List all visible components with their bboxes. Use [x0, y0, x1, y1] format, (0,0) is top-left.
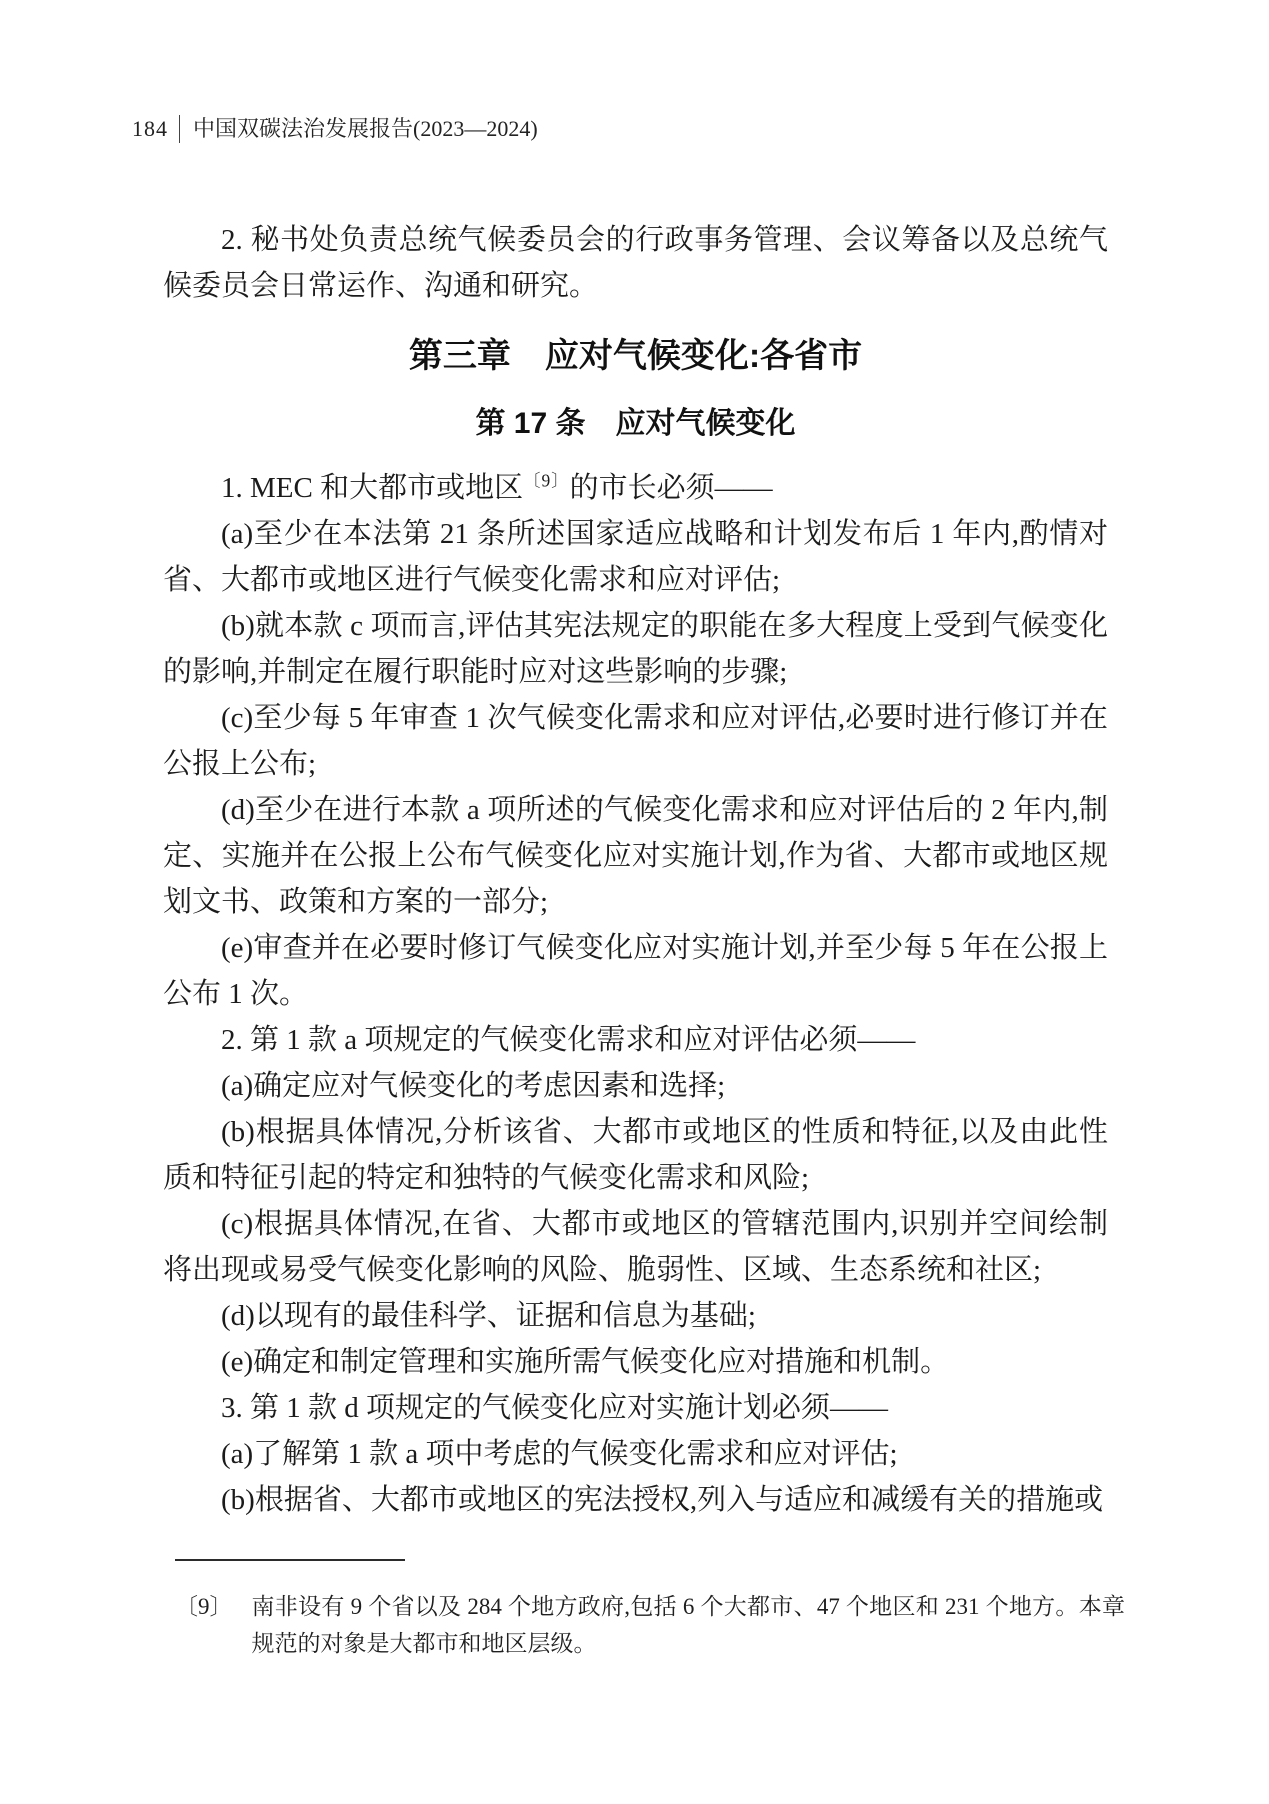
paragraph: (c)根据具体情况,在省、大都市或地区的管辖范围内,识别并空间绘制将出现或易受气… — [163, 1201, 1108, 1293]
chapter-heading: 第三章 应对气候变化:各省市 — [163, 333, 1108, 379]
paragraph: (d)以现有的最佳科学、证据和信息为基础; — [163, 1293, 1108, 1339]
paragraph: (a)确定应对气候变化的考虑因素和选择; — [163, 1063, 1108, 1109]
item1-text-post: 的市长必须—— — [570, 472, 773, 504]
header-divider — [179, 115, 180, 143]
paragraph-opening: 2. 秘书处负责总统气候委员会的行政事务管理、会议筹备以及总统气候委员会日常运作… — [163, 217, 1108, 309]
page-number: 184 — [132, 114, 168, 144]
paragraph: (c)至少每 5 年审查 1 次气候变化需求和应对评估,必要时进行修订并在公报上… — [163, 695, 1108, 787]
paragraph: 2. 第 1 款 a 项规定的气候变化需求和应对评估必须—— — [163, 1017, 1108, 1063]
paragraph: (e)确定和制定管理和实施所需气候变化应对措施和机制。 — [163, 1339, 1108, 1385]
paragraph: (b)根据省、大都市或地区的宪法授权,列入与适应和减缓有关的措施或 — [163, 1477, 1108, 1523]
footnote-marker: 〔9〕 — [175, 1588, 233, 1625]
footnote-ref-marker: 〔9〕 — [523, 470, 569, 490]
footnote-separator-rule — [175, 1559, 405, 1561]
paragraph: (b)就本款 c 项而言,评估其宪法规定的职能在多大程度上受到气候变化的影响,并… — [163, 603, 1108, 695]
footnote: 〔9〕 南非设有 9 个省以及 284 个地方政府,包括 6 个大都市、47 个… — [175, 1588, 1125, 1662]
item1-text-pre: 1. MEC 和大都市或地区 — [221, 472, 523, 504]
paragraph: 3. 第 1 款 d 项规定的气候变化应对实施计划必须—— — [163, 1385, 1108, 1431]
paragraph: (e)审查并在必要时修订气候变化应对实施计划,并至少每 5 年在公报上公布 1 … — [163, 925, 1108, 1017]
book-title: 中国双碳法治发展报告(2023—2024) — [193, 114, 538, 144]
book-page: 184 中国双碳法治发展报告(2023—2024) 2. 秘书处负责总统气候委员… — [0, 0, 1269, 1804]
paragraph: (d)至少在进行本款 a 项所述的气候变化需求和应对评估后的 2 年内,制定、实… — [163, 787, 1108, 925]
paragraph: (a)至少在本法第 21 条所述国家适应战略和计划发布后 1 年内,酌情对省、大… — [163, 511, 1108, 603]
footnote-text: 南非设有 9 个省以及 284 个地方政府,包括 6 个大都市、47 个地区和 … — [252, 1588, 1126, 1662]
paragraph: (a)了解第 1 款 a 项中考虑的气候变化需求和应对评估; — [163, 1431, 1108, 1477]
paragraph-item1: 1. MEC 和大都市或地区〔9〕的市长必须—— — [163, 465, 1108, 511]
section-heading: 第 17 条 应对气候变化 — [163, 401, 1108, 447]
page-content: 2. 秘书处负责总统气候委员会的行政事务管理、会议筹备以及总统气候委员会日常运作… — [163, 217, 1108, 1523]
paragraph: (b)根据具体情况,分析该省、大都市或地区的性质和特征,以及由此性质和特征引起的… — [163, 1109, 1108, 1201]
running-header: 184 中国双碳法治发展报告(2023—2024) — [132, 114, 538, 144]
